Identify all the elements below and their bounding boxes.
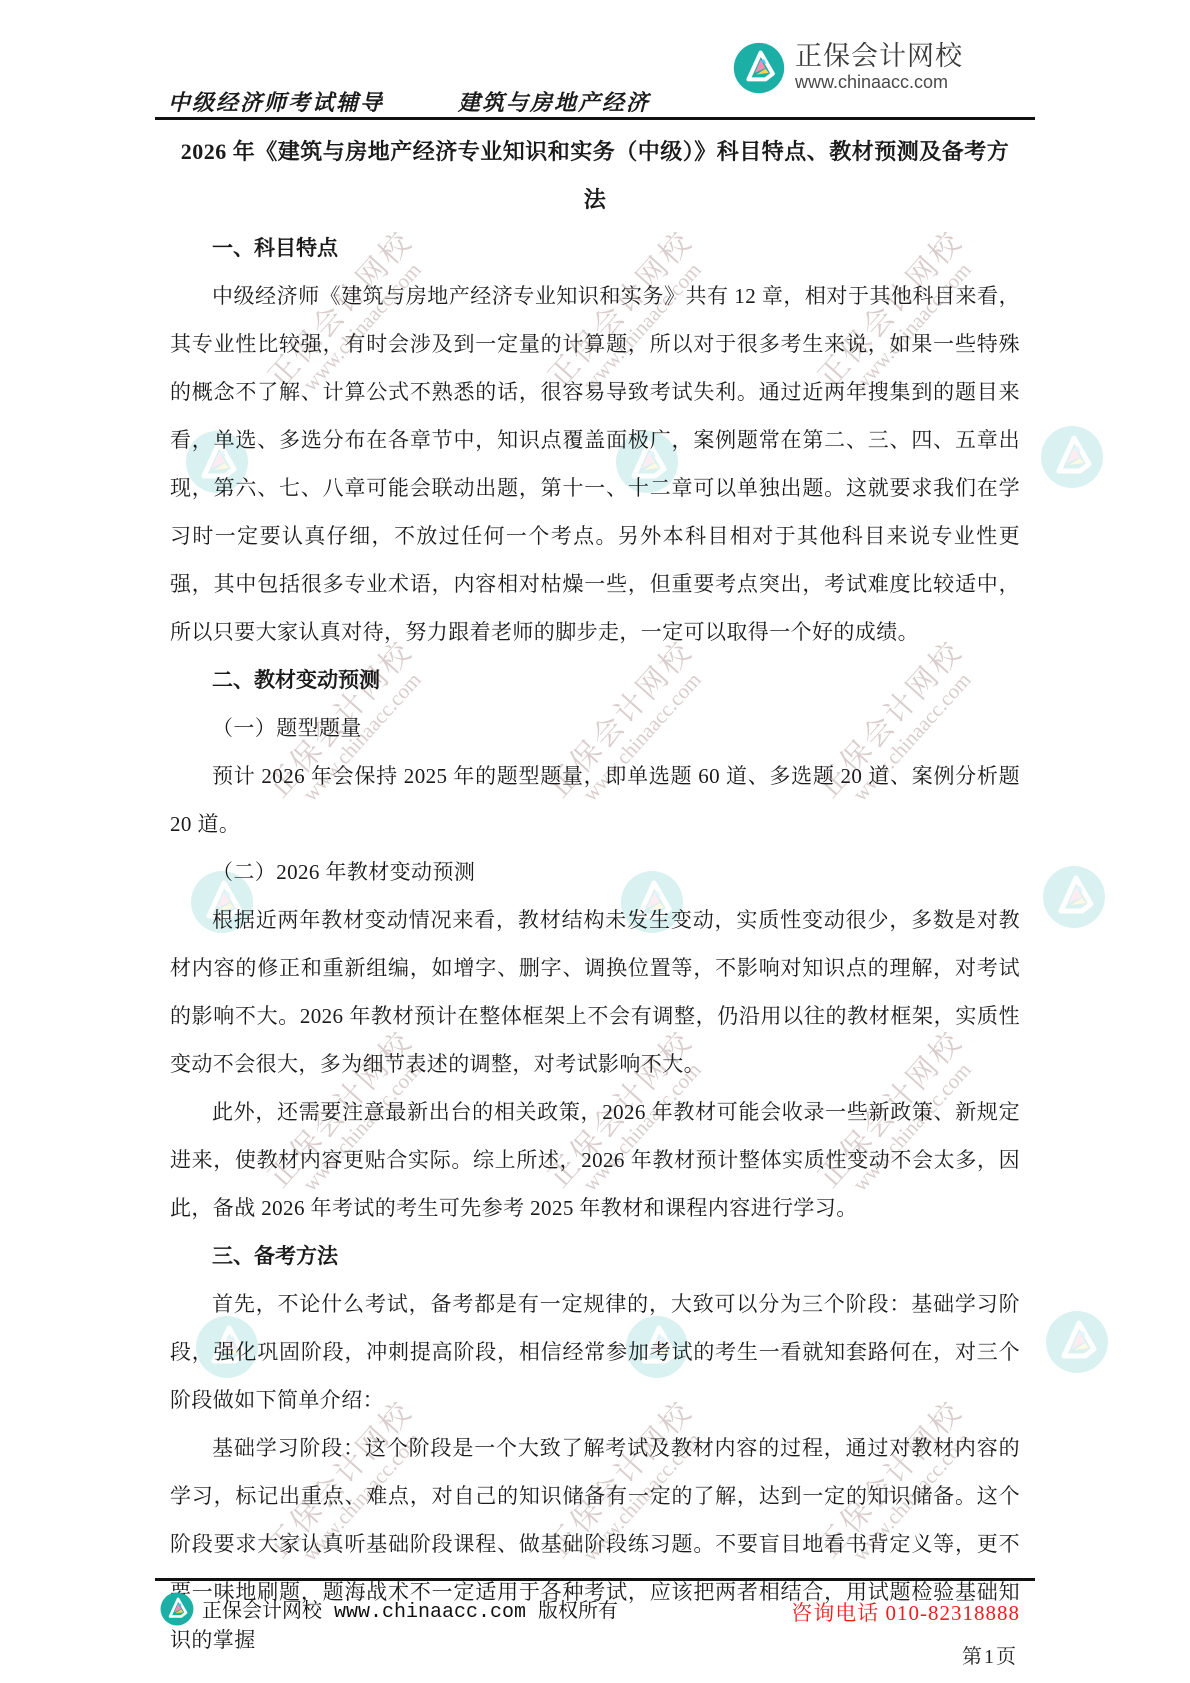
document-page: 正保会计网校www.chinaacc.com 正保会计网校www.chinaac…: [0, 0, 1190, 1683]
header-course-label: 中级经济师考试辅导: [168, 86, 384, 117]
paragraph: 根据近两年教材变动情况来看，教材结构未发生变动，实质性变动很少，多数是对教材内容…: [170, 896, 1020, 1088]
header-divider: [155, 117, 1035, 120]
brand-logo: 正保会计网校 www.chinaacc.com: [733, 42, 963, 94]
sub-heading: （一）题型题量: [170, 704, 1020, 752]
footer-copyright: 正保会计网校 www.chinaacc.com 版权所有: [160, 1592, 618, 1626]
document-title: 2026 年《建筑与房地产经济专业知识和实务（中级）》科目特点、教材预测及备考方…: [170, 128, 1020, 224]
paragraph: 基础学习阶段：这个阶段是一个大致了解考试及教材内容的过程，通过对教材内容的学习，…: [170, 1424, 1020, 1664]
paragraph: 中级经济师《建筑与房地产经济专业知识和实务》共有 12 章，相对于其他科目来看，…: [170, 272, 1020, 656]
section-heading: 一、科目特点: [170, 224, 1020, 272]
footer-logo-icon: [160, 1592, 194, 1626]
watermark-logo-icon: [1042, 865, 1106, 929]
brand-name: 正保会计网校: [795, 42, 963, 72]
footer-divider: [155, 1578, 1035, 1581]
contact-phone: 咨询电话 010-82318888: [791, 1597, 1020, 1627]
watermark-logo-icon: [1040, 425, 1104, 489]
copyright-text: 正保会计网校 www.chinaacc.com 版权所有: [202, 1594, 618, 1624]
brand-url: www.chinaacc.com: [795, 72, 963, 94]
section-heading: 二、教材变动预测: [170, 656, 1020, 704]
page-number: 第1页: [962, 1640, 1018, 1669]
header-subject-label: 建筑与房地产经济: [458, 86, 650, 117]
brand-text-block: 正保会计网校 www.chinaacc.com: [795, 42, 963, 93]
section-heading: 三、备考方法: [170, 1232, 1020, 1280]
brand-logo-icon: [733, 42, 785, 94]
paragraph: 此外，还需要注意最新出台的相关政策，2026 年教材可能会收录一些新政策、新规定…: [170, 1088, 1020, 1232]
paragraph: 预计 2026 年会保持 2025 年的题型题量，即单选题 60 道、多选题 2…: [170, 752, 1020, 848]
watermark-logo-icon: [1045, 1310, 1109, 1374]
document-body: 2026 年《建筑与房地产经济专业知识和实务（中级）》科目特点、教材预测及备考方…: [170, 128, 1020, 1664]
sub-heading: （二）2026 年教材变动预测: [170, 848, 1020, 896]
paragraph: 首先，不论什么考试，备考都是有一定规律的，大致可以分为三个阶段：基础学习阶段，强…: [170, 1280, 1020, 1424]
